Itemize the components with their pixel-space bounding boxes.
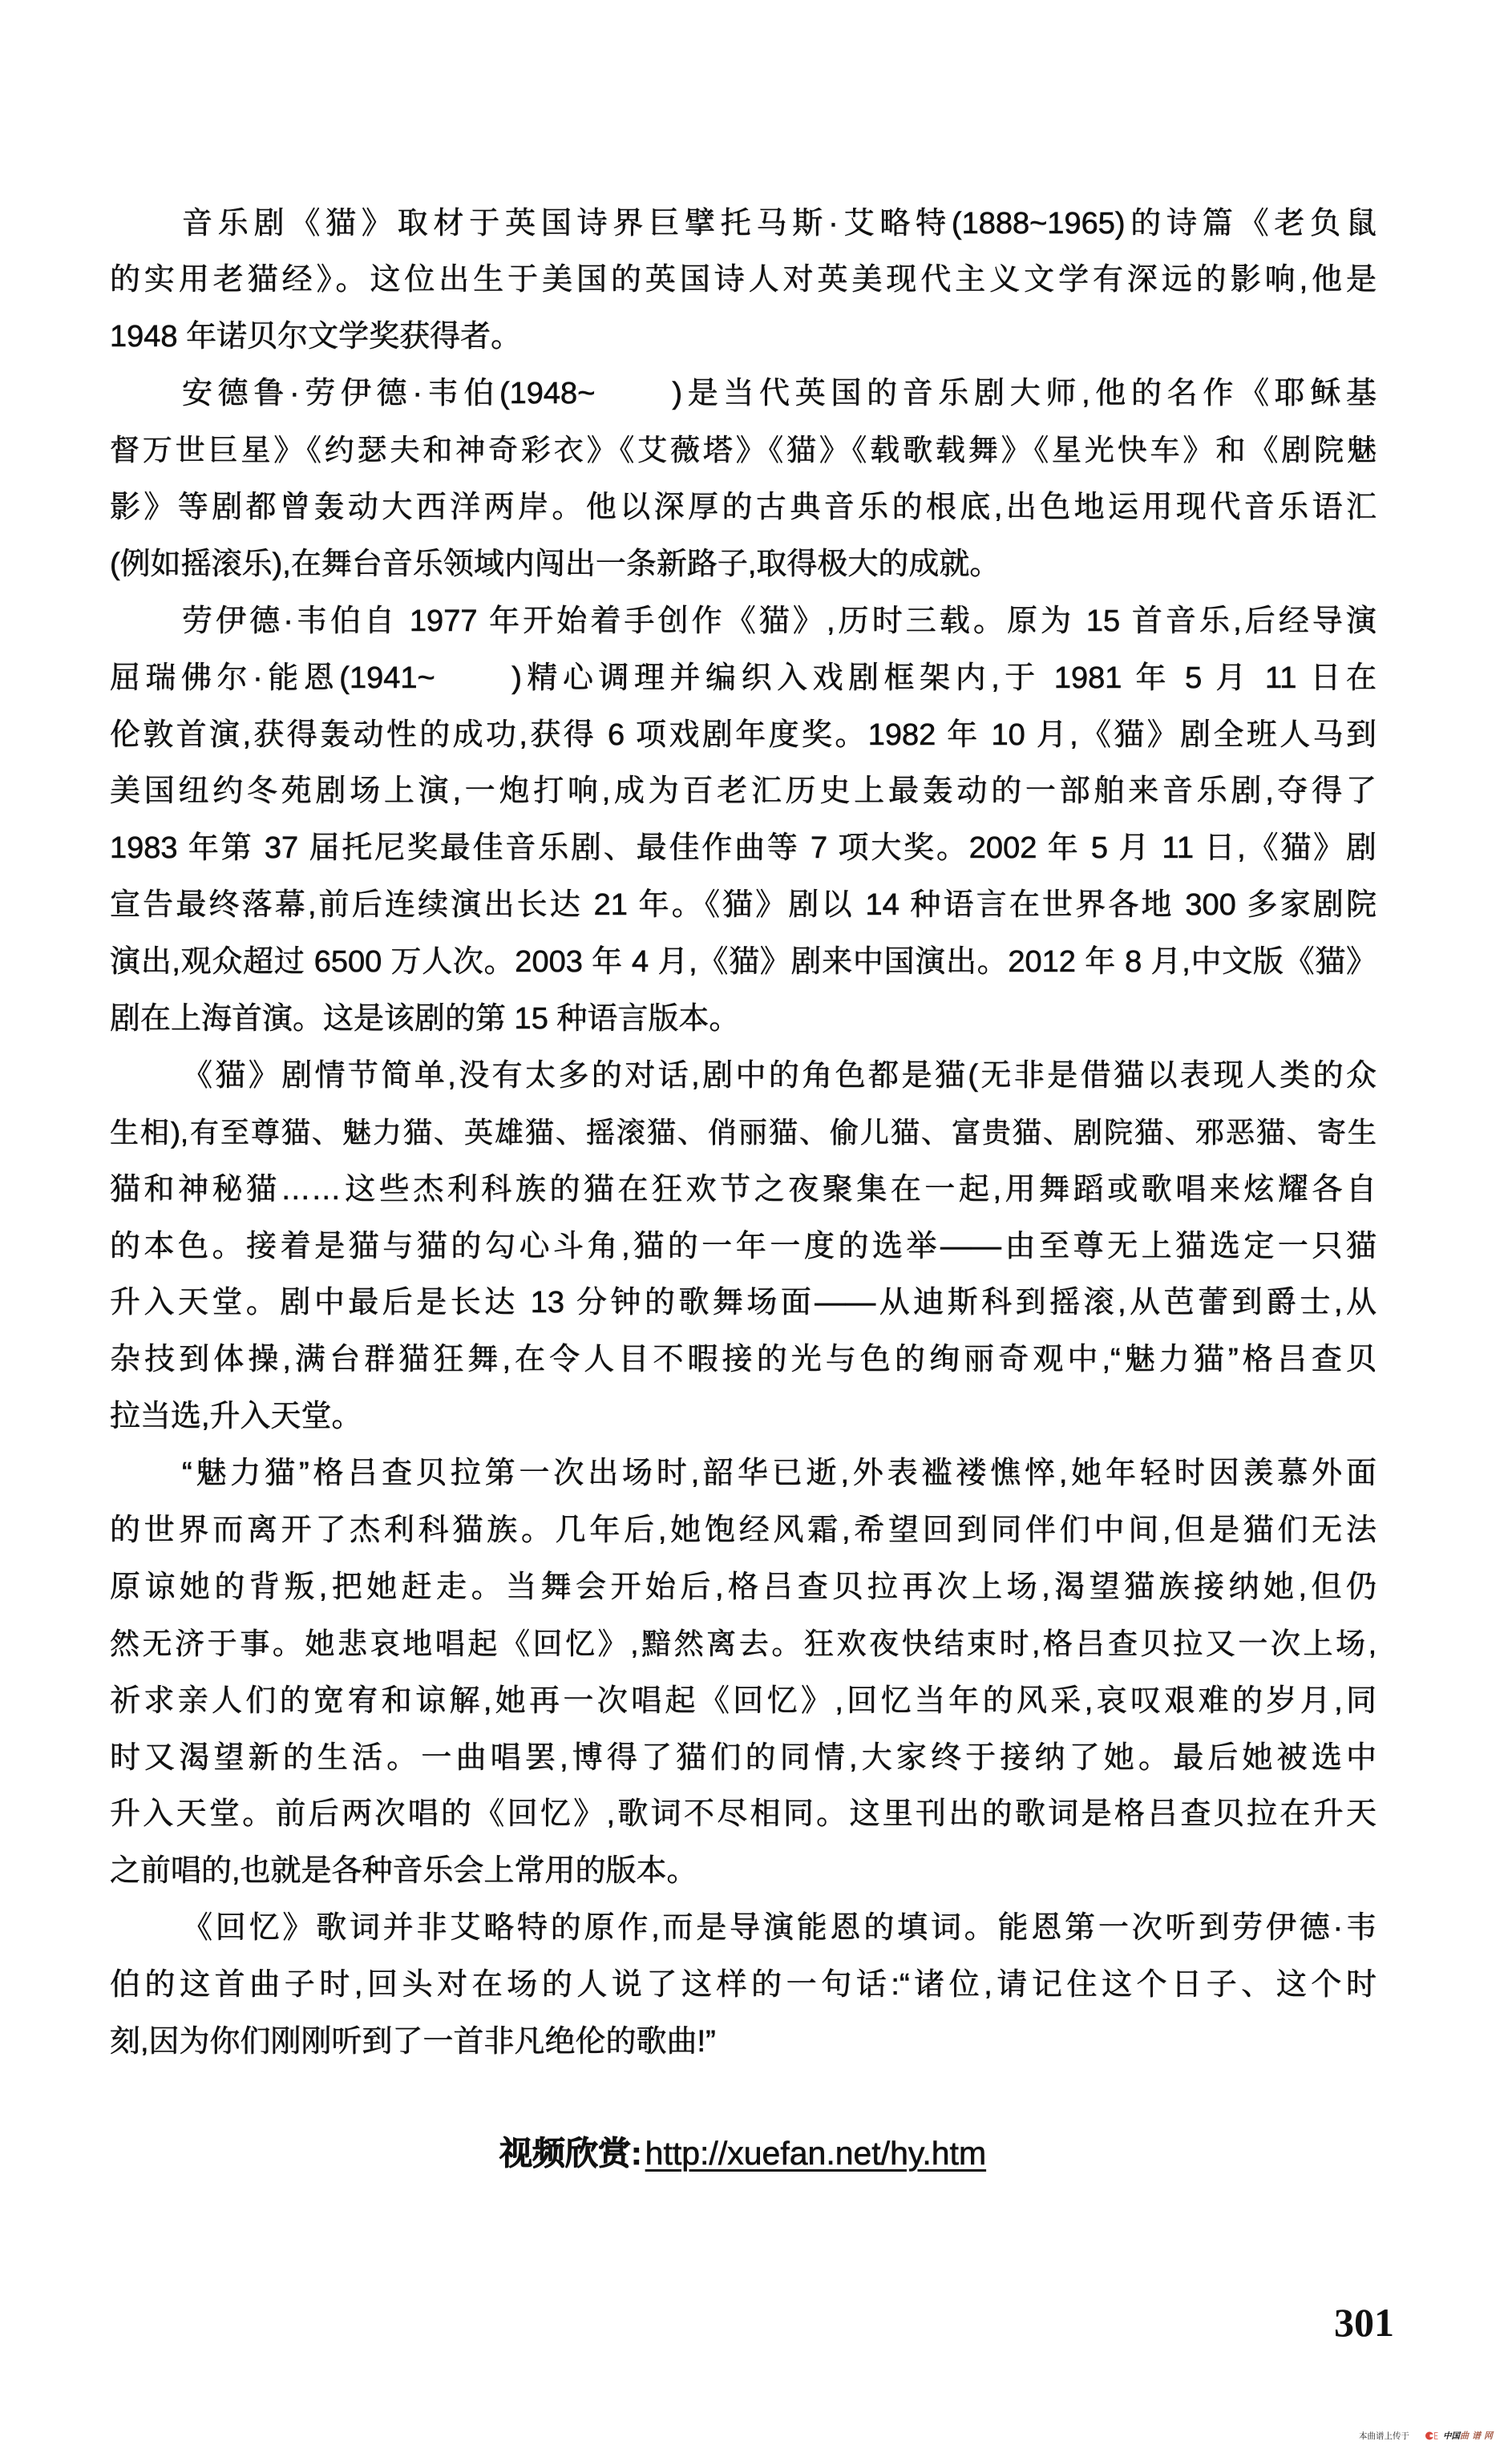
text-line: 祈求亲人们的宽宥和谅解,她再一次唱起《回忆》,回忆当年的风采,哀叹艰难的岁月,同 xyxy=(110,1673,1377,1730)
paragraph-plot: 《猫》剧情节简单,没有太多的对话,剧中的角色都是猫(无非是借猫以表现人类的众 生… xyxy=(110,1048,1377,1445)
text-line: 《猫》剧情节简单,没有太多的对话,剧中的角色都是猫(无非是借猫以表现人类的众 xyxy=(110,1048,1377,1105)
text-line: 猫和神秘猫……这些杰利科族的猫在狂欢节之夜聚集在一起,用舞蹈或歌唱来炫耀各自 xyxy=(110,1162,1377,1218)
text-line: 原谅她的背叛,把她赶走。当舞会开始后,格吕查贝拉再次上场,渴望猫族接纳她,但仍 xyxy=(110,1559,1377,1616)
paragraph-eliot-source: 音乐剧《猫》取材于英国诗界巨擘托马斯·艾略特(1888~1965)的诗篇《老负鼠… xyxy=(110,196,1377,366)
video-url-link[interactable]: http://xuefan.net/hy.htm xyxy=(645,2135,986,2172)
text-line: 音乐剧《猫》取材于英国诗界巨擘托马斯·艾略特(1888~1965)的诗篇《老负鼠 xyxy=(110,196,1377,253)
text-line: “魅力猫”格吕查贝拉第一次出场时,韶华已逝,外表褴褛憔悴,她年轻时因羡慕外面 xyxy=(110,1445,1377,1502)
text-line: 宣告最终落幕,前后连续演出长达 21 年。《猫》剧以 14 种语言在世界各地 3… xyxy=(110,877,1377,934)
video-label: 视频欣赏: xyxy=(499,2135,642,2172)
text-line: 升入天堂。剧中最后是长达 13 分钟的歌舞场面——从迪斯科到摇滚,从芭蕾到爵士,… xyxy=(110,1275,1377,1332)
page-number: 301 xyxy=(1334,2302,1394,2342)
text-line: 安德鲁·劳伊德·韦伯(1948~ )是当代英国的音乐剧大师,他的名作《耶稣基 xyxy=(110,366,1377,422)
text-line: 剧在上海首演。这是该剧的第 15 种语言版本。 xyxy=(110,991,1377,1048)
watermark-prefix: 本曲谱上传于 xyxy=(1359,2430,1409,2442)
circle-c-e-logo-icon xyxy=(1425,2431,1438,2440)
paragraph-lloyd-webber: 安德鲁·劳伊德·韦伯(1948~ )是当代英国的音乐剧大师,他的名作《耶稣基 督… xyxy=(110,366,1377,593)
text-line: 伯的这首曲子时,回头对在场的人说了这样的一句话:“诸位,请记住这个日子、这个时 xyxy=(110,1957,1377,2014)
watermark-brand-black: 中国 xyxy=(1443,2430,1460,2442)
body-text: 音乐剧《猫》取材于英国诗界巨擘托马斯·艾略特(1888~1965)的诗篇《老负鼠… xyxy=(110,196,1377,2071)
text-line: 美国纽约冬苑剧场上演,一炮打响,成为百老汇历史上最轰动的一部舶来音乐剧,夺得了 xyxy=(110,763,1377,820)
text-line: 时又渴望新的生活。一曲唱罢,博得了猫们的同情,大家终于接纳了她。最后她被选中 xyxy=(110,1730,1377,1787)
text-line: 1948 年诺贝尔文学奖获得者。 xyxy=(110,309,1377,366)
upload-watermark: 本曲谱上传于 中国 曲谱网 xyxy=(1359,2430,1496,2441)
text-line: 之前唱的,也就是各种音乐会上常用的版本。 xyxy=(110,1843,1377,1900)
text-line: 生相),有至尊猫、魅力猫、英雄猫、摇滚猫、俏丽猫、偷儿猫、富贵猫、剧院猫、邪恶猫… xyxy=(110,1105,1377,1162)
text-line: 督万世巨星》《约瑟夫和神奇彩衣》《艾薇塔》《猫》《载歌载舞》《星光快车》和《剧院… xyxy=(110,422,1377,479)
paragraph-history: 劳伊德·韦伯自 1977 年开始着手创作《猫》,历时三载。原为 15 首音乐,后… xyxy=(110,593,1377,1048)
text-line: 影》等剧都曾轰动大西洋两岸。他以深厚的古典音乐的根底,出色地运用现代音乐语汇 xyxy=(110,479,1377,536)
watermark-brand-colored: 曲谱网 xyxy=(1460,2429,1496,2442)
text-line: 的世界而离开了杰利科猫族。几年后,她饱经风霜,希望回到同伴们中间,但是猫们无法 xyxy=(110,1502,1377,1559)
paragraph-memory-lyrics: 《回忆》歌词并非艾略特的原作,而是导演能恩的填词。能恩第一次听到劳伊德·韦 伯的… xyxy=(110,1900,1377,2071)
text-line: 的实用老猫经》。这位出生于美国的英国诗人对英美现代主义文学有深远的影响,他是 xyxy=(110,252,1377,309)
text-line: 劳伊德·韦伯自 1977 年开始着手创作《猫》,历时三载。原为 15 首音乐,后… xyxy=(110,593,1377,650)
text-line: 升入天堂。前后两次唱的《回忆》,歌词不尽相同。这里刊出的歌词是格吕查贝拉在升天 xyxy=(110,1786,1377,1843)
text-line: (例如摇滚乐),在舞台音乐领域内闯出一条新路子,取得极大的成就。 xyxy=(110,536,1377,593)
text-line: 屈瑞佛尔·能恩(1941~ )精心调理并编织入戏剧框架内,于 1981 年 5 … xyxy=(110,650,1377,707)
text-line: 然无济于事。她悲哀地唱起《回忆》,黯然离去。狂欢夜快结束时,格吕查贝拉又一次上场… xyxy=(110,1616,1377,1673)
text-line: 1983 年第 37 届托尼奖最佳音乐剧、最佳作曲等 7 项大奖。2002 年 … xyxy=(110,820,1377,877)
text-line: 刻,因为你们刚刚听到了一首非凡绝伦的歌曲!” xyxy=(110,2014,1377,2071)
text-line: 《回忆》歌词并非艾略特的原作,而是导演能恩的填词。能恩第一次听到劳伊德·韦 xyxy=(110,1900,1377,1957)
video-link-line: 视频欣赏:http://xuefan.net/hy.htm xyxy=(499,2133,986,2173)
text-line: 的本色。接着是猫与猫的勾心斗角,猫的一年一度的选举——由至尊无上猫选定一只猫 xyxy=(110,1218,1377,1275)
paragraph-grizabella: “魅力猫”格吕查贝拉第一次出场时,韶华已逝,外表褴褛憔悴,她年轻时因羡慕外面 的… xyxy=(110,1445,1377,1900)
text-line: 演出,观众超过 6500 万人次。2003 年 4 月,《猫》剧来中国演出。20… xyxy=(110,934,1377,991)
text-line: 杂技到体操,满台群猫狂舞,在令人目不暇接的光与色的绚丽奇观中,“魅力猫”格吕查贝 xyxy=(110,1332,1377,1388)
book-page: 音乐剧《猫》取材于英国诗界巨擘托马斯·艾略特(1888~1965)的诗篇《老负鼠… xyxy=(0,0,1512,2449)
text-line: 拉当选,升入天堂。 xyxy=(110,1388,1377,1445)
text-line: 伦敦首演,获得轰动性的成功,获得 6 项戏剧年度奖。1982 年 10 月,《猫… xyxy=(110,707,1377,764)
